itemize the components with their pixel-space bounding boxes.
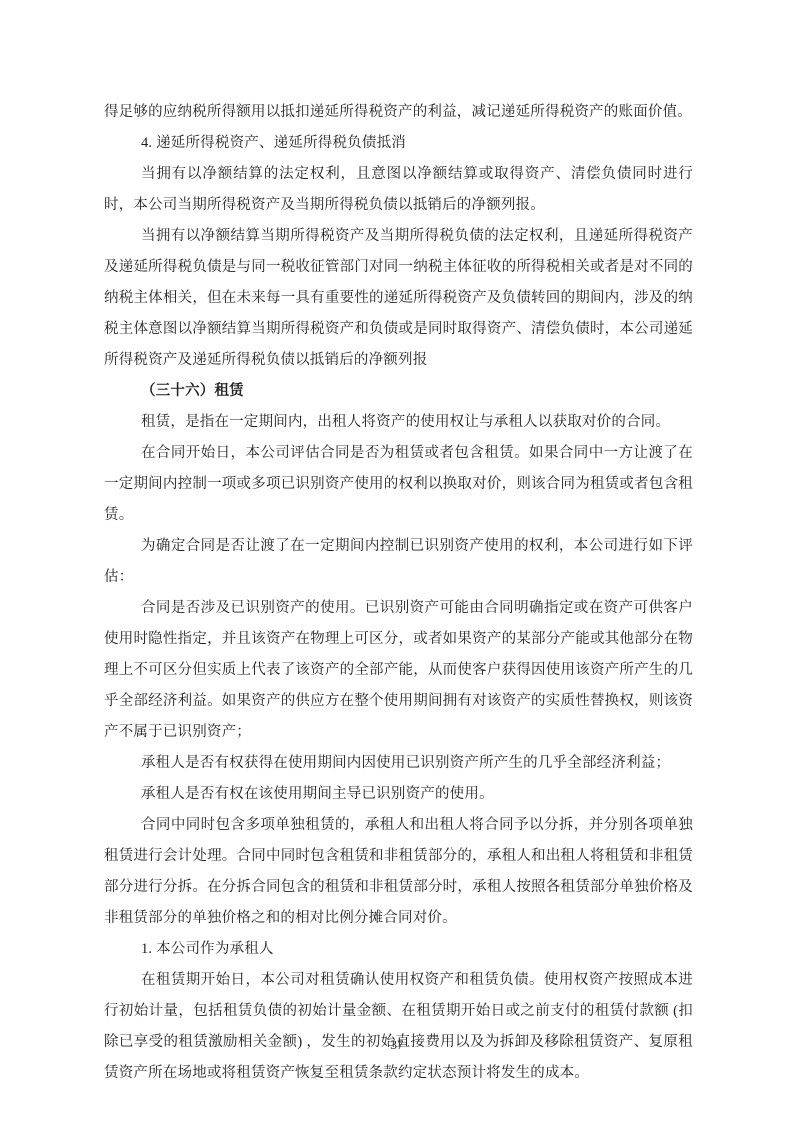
page-footer: 37 [0, 1036, 794, 1054]
paragraph: 4. 递延所得税资产、递延所得税负债抵消 [104, 128, 693, 159]
section-heading: （三十六）租赁 [104, 376, 693, 407]
paragraph: 合同中同时包含多项单独租赁的，承租人和出租人将合同予以分拆，并分别各项单独租赁进… [104, 810, 693, 934]
paragraph: 租赁，是指在一定期间内，出租人将资产的使用权让与承租人以获取对价的合同。 [104, 407, 693, 438]
paragraph: 1. 本公司作为承租人 [104, 934, 693, 965]
paragraph: 当拥有以净额结算的法定权利，且意图以净额结算或取得资产、清偿负债同时进行时，本公… [104, 159, 693, 221]
document-body: 得足够的应纳税所得额用以抵扣递延所得税资产的利益，减记递延所得税资产的账面价值。… [104, 97, 693, 1089]
paragraph: 得足够的应纳税所得额用以抵扣递延所得税资产的利益，减记递延所得税资产的账面价值。 [104, 97, 693, 128]
page-number: 37 [391, 1037, 404, 1052]
paragraph: 承租人是否有权获得在使用期间内因使用已识别资产所产生的几乎全部经济利益； [104, 748, 693, 779]
paragraph: 为确定合同是否让渡了在一定期间内控制已识别资产使用的权利，本公司进行如下评估： [104, 531, 693, 593]
paragraph: 在租赁期开始日，本公司对租赁确认使用权资产和租赁负债。使用权资产按照成本进行初始… [104, 965, 693, 1089]
paragraph: 合同是否涉及已识别资产的使用。已识别资产可能由合同明确指定或在资产可供客户使用时… [104, 593, 693, 748]
document-page: 得足够的应纳税所得额用以抵扣递延所得税资产的利益，减记递延所得税资产的账面价值。… [0, 0, 794, 1122]
paragraph: 在合同开始日，本公司评估合同是否为租赁或者包含租赁。如果合同中一方让渡了在一定期… [104, 438, 693, 531]
paragraph: 承租人是否有权在该使用期间主导已识别资产的使用。 [104, 779, 693, 810]
paragraph: 当拥有以净额结算当期所得税资产及当期所得税负债的法定权利，且递延所得税资产及递延… [104, 221, 693, 376]
